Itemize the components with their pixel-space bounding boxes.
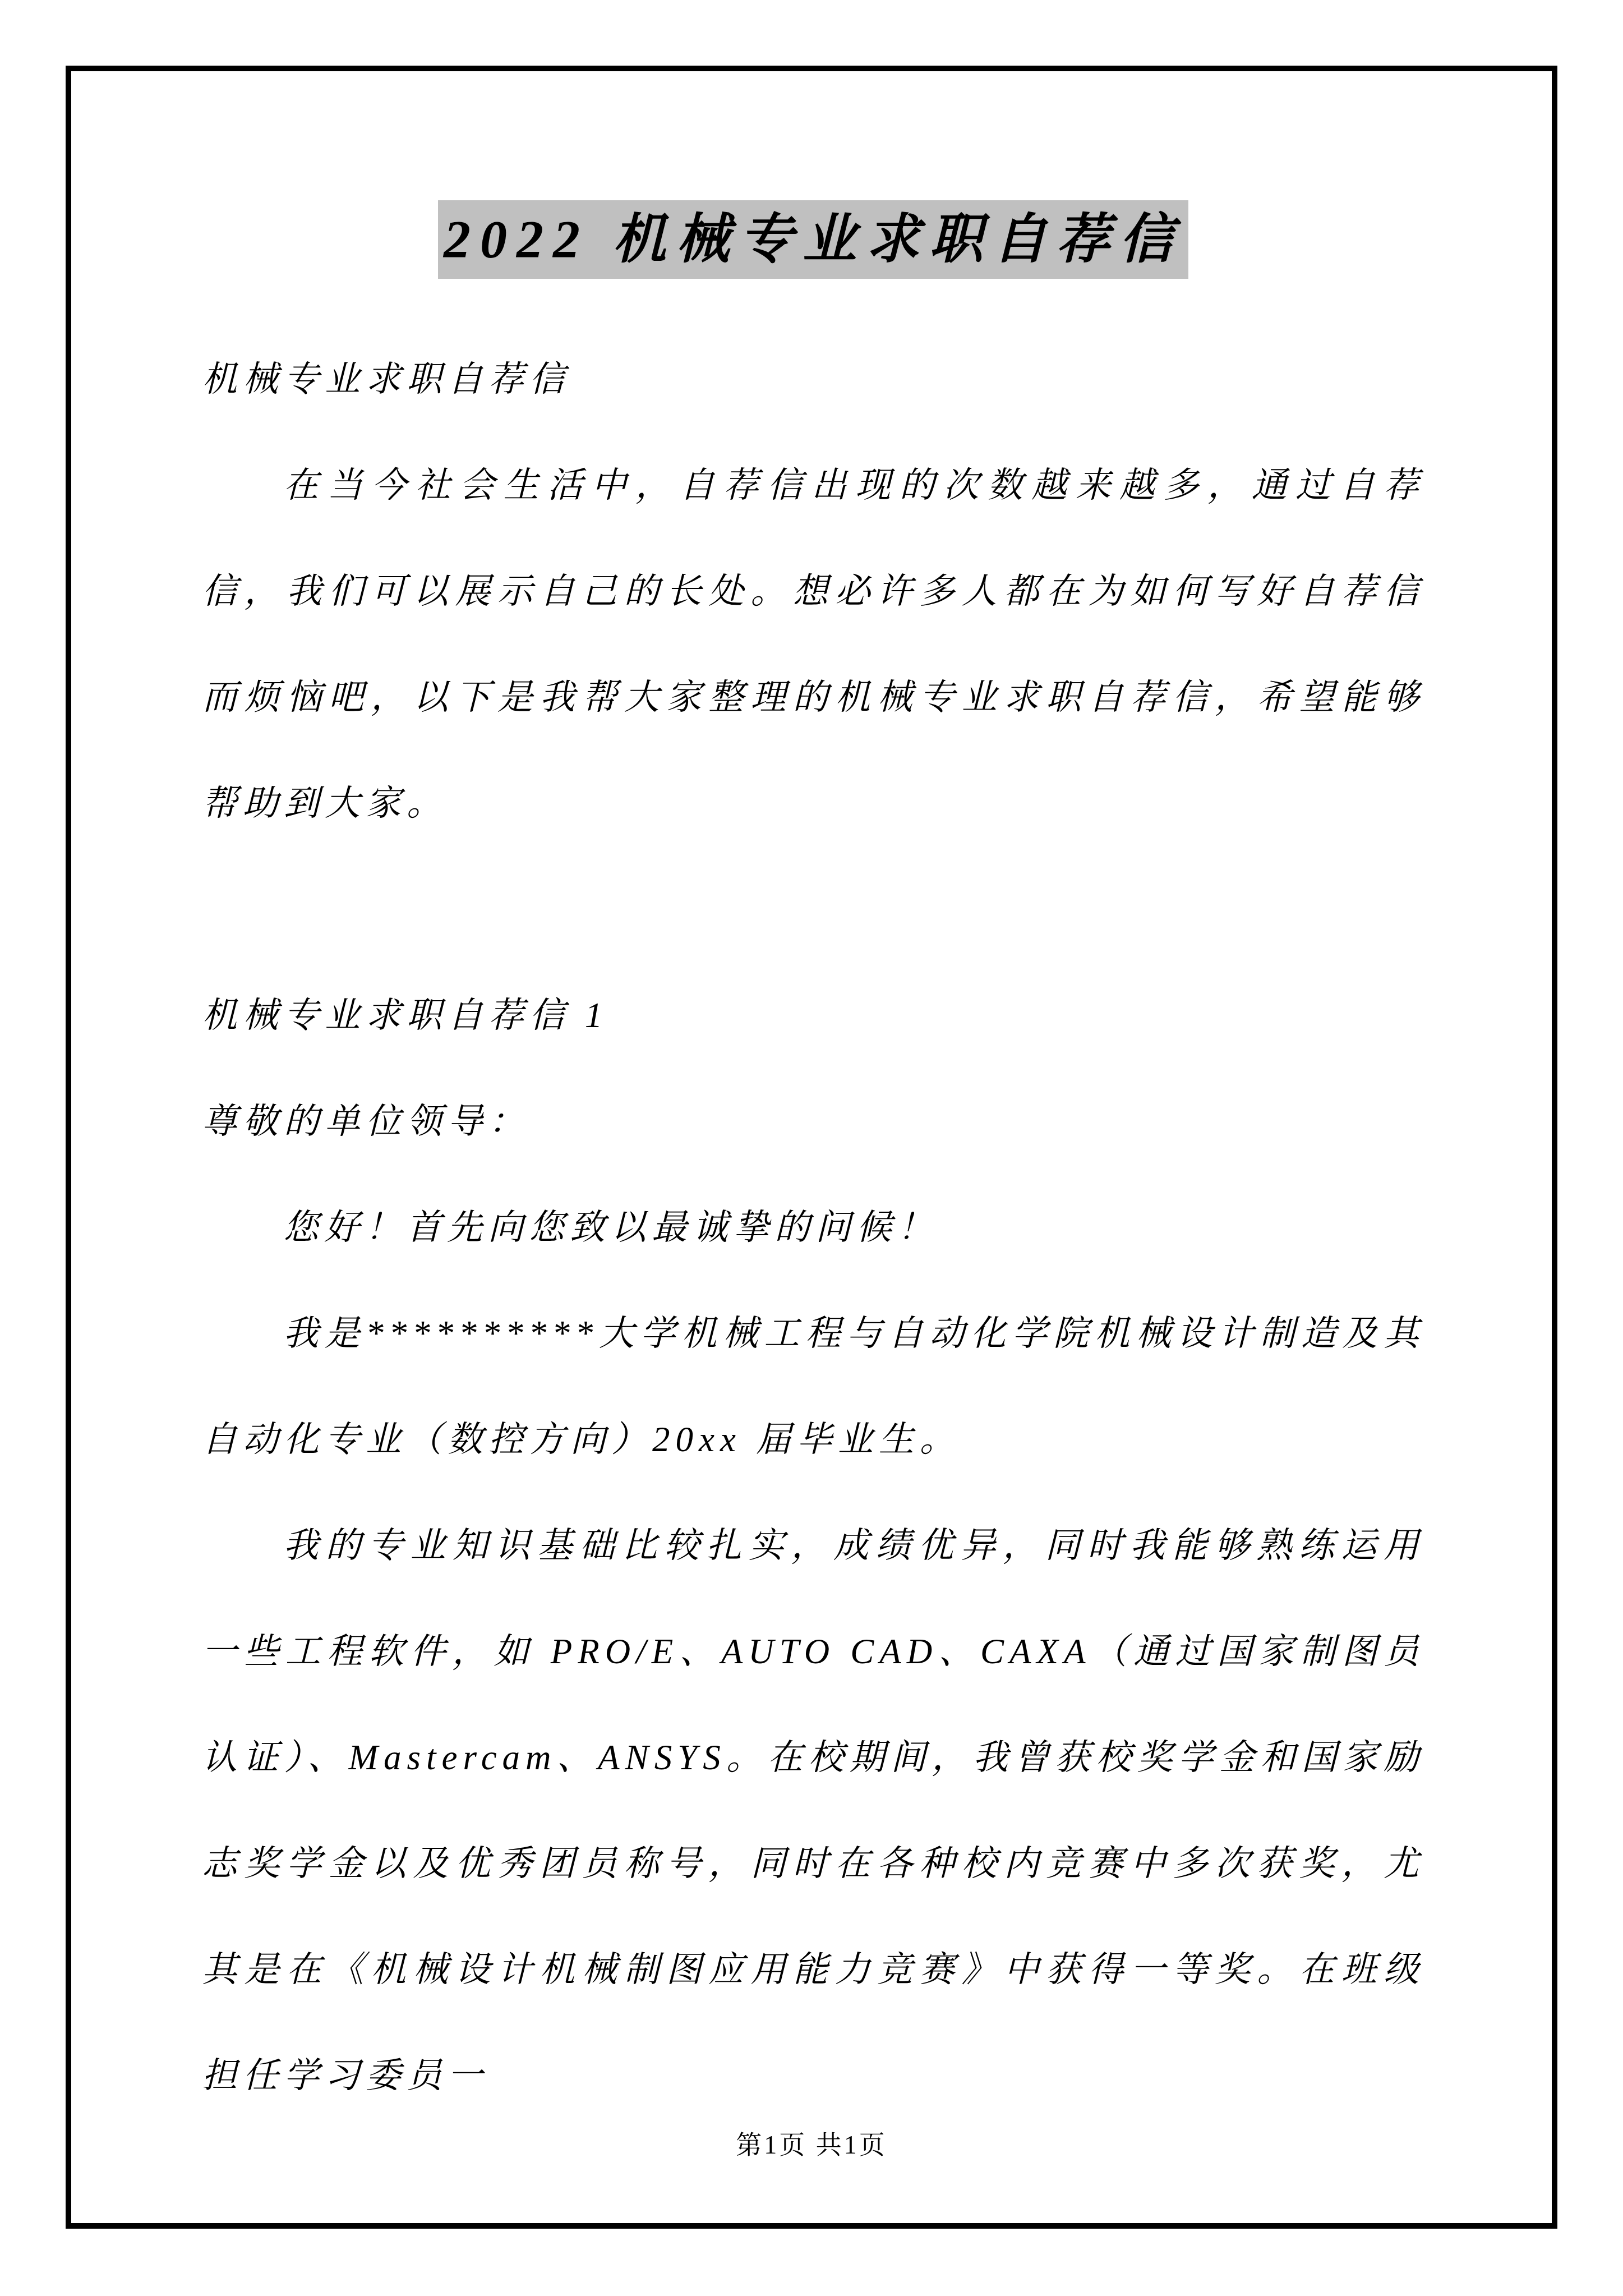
document-title-highlight: 2022 机械专业求职自荐信 bbox=[438, 200, 1188, 279]
paragraph: 我的专业知识基础比较扎实，成绩优异，同时我能够熟练运用一些工程软件，如 PRO/… bbox=[202, 1493, 1424, 2129]
paragraph: 我是**********大学机械工程与自动化学院机械设计制造及其自动化专业（数控… bbox=[202, 1281, 1424, 1493]
paragraph: 机械专业求职自荐信 bbox=[202, 326, 1424, 432]
paragraph: 机械专业求职自荐信 1 bbox=[202, 963, 1424, 1069]
paragraph: 尊敬的单位领导： bbox=[202, 1069, 1424, 1175]
page-content: 2022 机械专业求职自荐信 机械专业求职自荐信在当今社会生活中，自荐信出现的次… bbox=[71, 71, 1552, 2223]
paragraph: 您好！首先向您致以最诚挚的问候！ bbox=[202, 1175, 1424, 1281]
document-title: 2022 机械专业求职自荐信 bbox=[202, 200, 1424, 279]
document-page: 2022 机械专业求职自荐信 机械专业求职自荐信在当今社会生活中，自荐信出现的次… bbox=[0, 0, 1623, 2296]
page-footer: 第1页 共1页 bbox=[71, 2124, 1552, 2161]
paragraph bbox=[202, 857, 1424, 963]
paragraph: 在当今社会生活中，自荐信出现的次数越来越多，通过自荐信，我们可以展示自己的长处。… bbox=[202, 432, 1424, 857]
paragraph-list: 机械专业求职自荐信在当今社会生活中，自荐信出现的次数越来越多，通过自荐信，我们可… bbox=[202, 326, 1424, 2129]
